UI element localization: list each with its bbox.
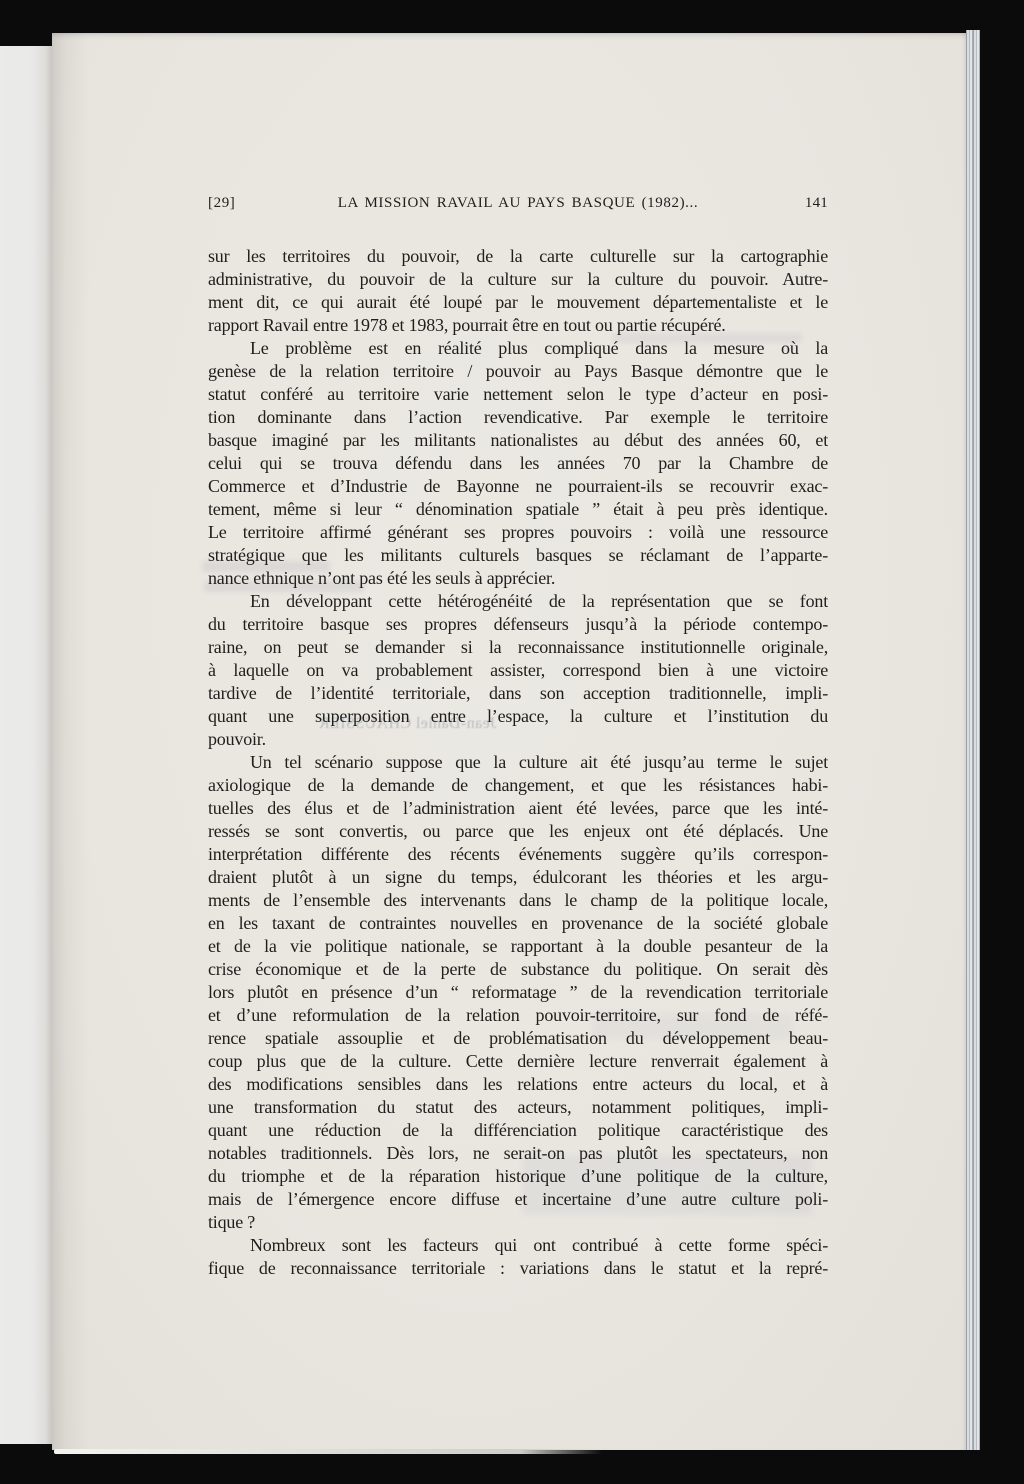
text-line: stratégique que les militants culturels … [208, 544, 828, 567]
text-line: à laquelle on va probablement assister, … [208, 659, 828, 682]
text-line: mais de l’émergence encore diffuse et in… [208, 1188, 828, 1211]
text-line: coup plus que de la culture. Cette derni… [208, 1050, 828, 1073]
text-line: ments de l’ensemble des intervenants dan… [208, 889, 828, 912]
text-line: une transformation du statut des acteurs… [208, 1096, 828, 1119]
text-line: axiologique de la demande de changement,… [208, 774, 828, 797]
text-line: raine, on peut se demander si la reconna… [208, 636, 828, 659]
text-line: des modifications sensibles dans les rel… [208, 1073, 828, 1096]
text-line: Un tel scénario suppose que la culture a… [208, 751, 828, 774]
text-line: tement, même si leur “ dénomination spat… [208, 498, 828, 521]
text-line: rence spatiale assouplie et de problémat… [208, 1027, 828, 1050]
text-line: tardive de l’identité territoriale, dans… [208, 682, 828, 705]
paragraph: En développant cette hétérogénéité de la… [208, 590, 828, 751]
text-line: administrative, du pouvoir de la culture… [208, 268, 828, 291]
paragraph: Un tel scénario suppose que la culture a… [208, 751, 828, 1234]
facing-page-edge [0, 46, 52, 1444]
running-header: [29] LA MISSION RAVAIL AU PAYS BASQUE (1… [208, 195, 828, 212]
page-number: 141 [758, 195, 828, 212]
text-line: rapport Ravail entre 1978 et 1983, pourr… [208, 314, 828, 337]
text-line: basque imaginé par les militants nationa… [208, 429, 828, 452]
text-line: tion dominante dans l’action revendicati… [208, 406, 828, 429]
margin-note: [29] [208, 195, 278, 212]
text-line: tuelles des élus et de l’administration … [208, 797, 828, 820]
text-line: Nombreux sont les facteurs qui ont contr… [208, 1234, 828, 1257]
book-page: Jean-Daniel CHAUSSIER [29] LA MISSION RA… [52, 33, 966, 1450]
paragraph: sur les territoires du pouvoir, de la ca… [208, 245, 828, 337]
text-line: quant une superposition entre l’espace, … [208, 705, 828, 728]
text-line: ment dit, ce qui aurait été loupé par le… [208, 291, 828, 314]
text-line: En développant cette hétérogénéité de la… [208, 590, 828, 613]
scanned-book-photo: Jean-Daniel CHAUSSIER [29] LA MISSION RA… [0, 0, 1024, 1484]
text-line: tique ? [208, 1211, 828, 1234]
text-line: lors plutôt en présence d’un “ reformata… [208, 981, 828, 1004]
text-line: fique de reconnaissance territoriale : v… [208, 1257, 828, 1280]
page-stack-edge [966, 30, 980, 1450]
text-line: celui qui se trouva défendu dans les ann… [208, 452, 828, 475]
running-title: LA MISSION RAVAIL AU PAYS BASQUE (1982).… [278, 195, 758, 212]
text-line: quant une réduction de la différenciatio… [208, 1119, 828, 1142]
text-line: nance ethnique n’ont pas été les seuls à… [208, 567, 828, 590]
text-line: interprétation différente des récents év… [208, 843, 828, 866]
text-line: crise économique et de la perte de subst… [208, 958, 828, 981]
page-content: [29] LA MISSION RAVAIL AU PAYS BASQUE (1… [208, 195, 828, 212]
text-line: sur les territoires du pouvoir, de la ca… [208, 245, 828, 268]
text-line: ressés se sont convertis, ou parce que l… [208, 820, 828, 843]
paragraph: Nombreux sont les facteurs qui ont contr… [208, 1234, 828, 1280]
text-line: Le territoire affirmé générant ses propr… [208, 521, 828, 544]
text-line: draient plutôt à un signe du temps, édul… [208, 866, 828, 889]
text-line: du triomphe et de la réparation historiq… [208, 1165, 828, 1188]
text-line: en les taxant de contraintes nouvelles e… [208, 912, 828, 935]
text-line: Commerce et d’Industrie de Bayonne ne po… [208, 475, 828, 498]
text-line: statut conféré au territoire varie nette… [208, 383, 828, 406]
text-body: sur les territoires du pouvoir, de la ca… [208, 245, 828, 1280]
text-line: et d’une reformulation de la relation po… [208, 1004, 828, 1027]
text-line: du territoire basque ses propres défense… [208, 613, 828, 636]
text-line: Le problème est en réalité plus compliqu… [208, 337, 828, 360]
text-line: genèse de la relation territoire / pouvo… [208, 360, 828, 383]
text-line: pouvoir. [208, 728, 828, 751]
text-line: notables traditionnels. Dès lors, ne ser… [208, 1142, 828, 1165]
text-line: et de la vie politique nationale, se rap… [208, 935, 828, 958]
paragraph: Le problème est en réalité plus compliqu… [208, 337, 828, 590]
